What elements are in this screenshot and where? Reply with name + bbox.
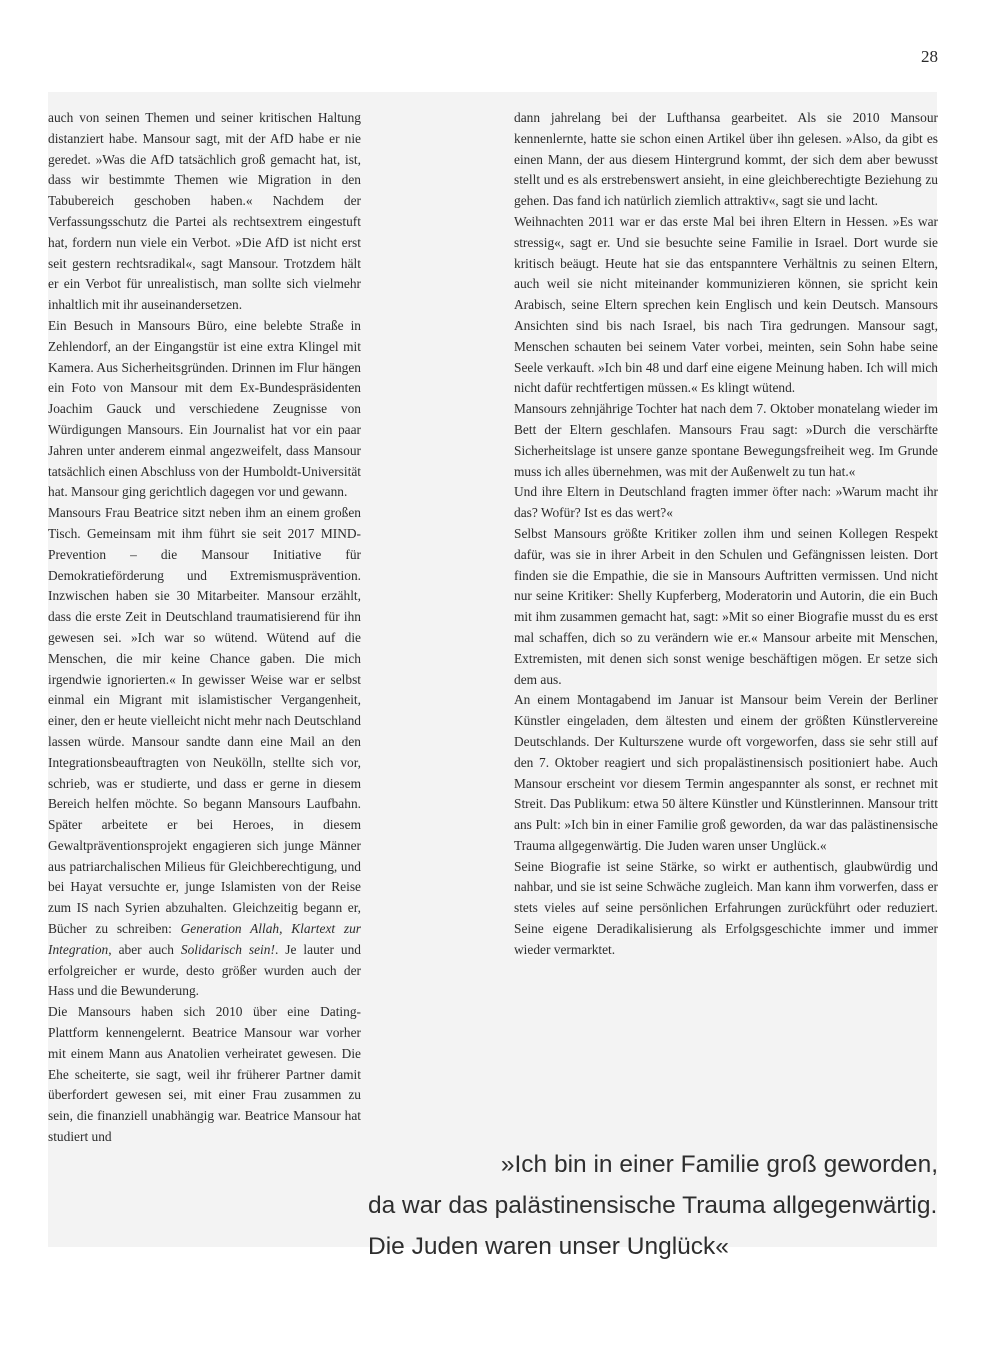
paragraph: Ein Besuch in Mansours Büro, eine belebt… — [48, 316, 361, 503]
pull-quote: »Ich bin in einer Familie groß geworden,… — [368, 1144, 938, 1267]
book-title: Solidarisch sein! — [181, 942, 275, 957]
paragraph: Mansours Frau Beatrice sitzt neben ihm a… — [48, 503, 361, 1002]
paragraph: Die Mansours haben sich 2010 über eine D… — [48, 1002, 361, 1148]
pull-quote-line: »Ich bin in einer Familie groß geworden, — [368, 1144, 938, 1185]
pull-quote-line: Die Juden waren unser Unglück« — [368, 1226, 938, 1267]
paragraph-text: , aber auch — [108, 942, 181, 957]
paragraph: Seine Biografie ist seine Stärke, so wir… — [514, 857, 938, 961]
page-number: 28 — [921, 47, 938, 67]
pull-quote-line: da war das palästinensische Trauma allge… — [368, 1185, 938, 1226]
article-column-left: auch von seinen Themen und seiner kritis… — [48, 108, 361, 1148]
paragraph: Mansours zehnjährige Tochter hat nach de… — [514, 399, 938, 482]
article-column-right: dann jahrelang bei der Lufthansa gearbei… — [514, 108, 938, 961]
paragraph: An einem Montagabend im Januar ist Manso… — [514, 690, 938, 856]
paragraph: Weihnachten 2011 war er das erste Mal be… — [514, 212, 938, 399]
paragraph-text: Mansours Frau Beatrice sitzt neben ihm a… — [48, 505, 361, 936]
paragraph: auch von seinen Themen und seiner kritis… — [48, 108, 361, 316]
paragraph: dann jahrelang bei der Lufthansa gearbei… — [514, 108, 938, 212]
paragraph: Und ihre Eltern in Deutschland fragten i… — [514, 482, 938, 524]
paragraph: Selbst Mansours größte Kritiker zollen i… — [514, 524, 938, 690]
